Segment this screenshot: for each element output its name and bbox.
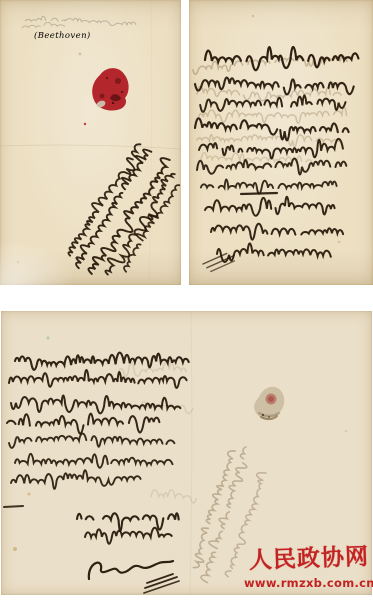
handwriting-line xyxy=(197,159,346,175)
fold-crease xyxy=(149,0,152,285)
letter-address-page-photo: (Beethoven) xyxy=(0,0,181,285)
pencil-inscription: (Beethoven) xyxy=(34,30,91,41)
ink-speck xyxy=(47,337,50,340)
fox-spot xyxy=(28,493,31,496)
fold-crease xyxy=(0,145,181,149)
fox-spot xyxy=(13,547,17,551)
signature xyxy=(89,561,173,579)
handwriting-line xyxy=(7,414,159,434)
handwriting-line xyxy=(201,180,337,194)
pencil-note-line xyxy=(22,22,65,28)
fox-spot xyxy=(17,261,19,263)
center-fold-crease xyxy=(190,311,192,595)
closing-line xyxy=(77,513,179,531)
handwriting-line xyxy=(211,224,343,240)
handwriting-line xyxy=(11,470,141,489)
pencil-note-line xyxy=(25,16,136,25)
fox-spot xyxy=(338,241,341,244)
address-page-handwriting-svg: (Beethoven) xyxy=(0,0,181,285)
handwritten-dash xyxy=(4,506,23,507)
diagonal-address-handwriting xyxy=(59,135,181,285)
handwriting-line xyxy=(199,139,343,159)
handwriting-line xyxy=(205,197,335,216)
show-through-handwriting xyxy=(186,442,273,590)
wax-seal xyxy=(92,68,128,110)
handwriting-line xyxy=(9,433,174,447)
handwriting-line xyxy=(11,395,180,413)
wax-speck xyxy=(84,123,86,125)
handwriting-line xyxy=(9,370,187,388)
hatch-marks xyxy=(203,251,236,273)
handwriting-line xyxy=(15,454,172,468)
letter-text-page-photo xyxy=(189,0,373,285)
fox-spot xyxy=(345,430,348,433)
handwritten-dash xyxy=(241,193,277,194)
signature-flourish xyxy=(147,574,173,583)
article-image: (Beethoven) 人民政协网 www.rmzxb.com.cn xyxy=(0,0,373,600)
fox-spot xyxy=(79,53,82,56)
handwriting-line xyxy=(200,95,345,112)
letter-bifolium-photo xyxy=(1,311,372,595)
bifolium-handwriting-svg xyxy=(1,311,372,595)
fox-spot xyxy=(252,15,254,17)
seal-remnant xyxy=(254,387,284,419)
handwriting-line xyxy=(217,243,331,262)
fox-spot xyxy=(300,563,303,566)
text-page-handwriting-svg xyxy=(189,0,373,285)
